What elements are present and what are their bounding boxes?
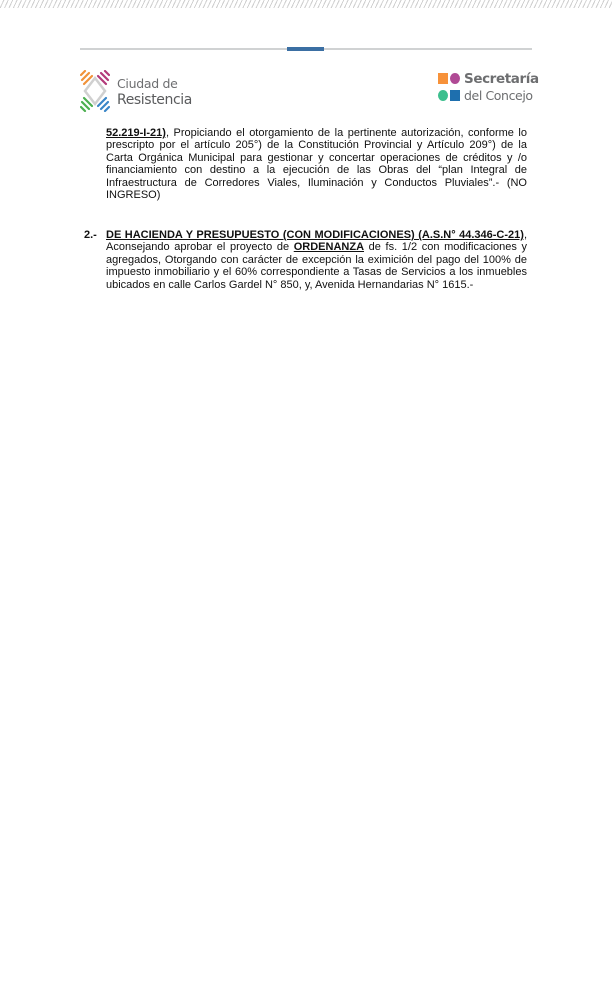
logo-right-line1: Secretaría bbox=[464, 71, 539, 87]
resistencia-emblem-icon bbox=[80, 70, 110, 112]
header-rule-accent bbox=[287, 47, 324, 51]
item-text: , Propiciando el otorgamiento de la pert… bbox=[106, 127, 527, 201]
logo-right-line2: del Concejo bbox=[464, 88, 533, 103]
logo-left-line1: Ciudad de bbox=[117, 76, 178, 91]
expediente-ref: 52.219-I-21) bbox=[106, 127, 166, 139]
committee-ref: DE HACIENDA Y PRESUPUESTO (CON MODIFICAC… bbox=[106, 229, 524, 241]
agenda-item-2: DE HACIENDA Y PRESUPUESTO (CON MODIFICAC… bbox=[106, 229, 527, 291]
purple-circle-icon bbox=[450, 73, 460, 84]
agenda-item-continued: 52.219-I-21), Propiciando el otorgamient… bbox=[106, 127, 527, 201]
blue-square-icon bbox=[450, 90, 460, 101]
page-top-hatch bbox=[0, 0, 612, 8]
green-circle-icon bbox=[438, 90, 448, 101]
ciudad-de-resistencia-logo: Ciudad de Resistencia bbox=[80, 70, 200, 112]
item-number: 2.- bbox=[84, 229, 97, 241]
orange-square-icon bbox=[438, 73, 448, 84]
secretaria-del-concejo-logo: Secretaría del Concejo bbox=[438, 72, 538, 106]
logo-left-line2: Resistencia bbox=[117, 92, 192, 108]
ordenanza-keyword: ORDENANZA bbox=[294, 241, 364, 253]
